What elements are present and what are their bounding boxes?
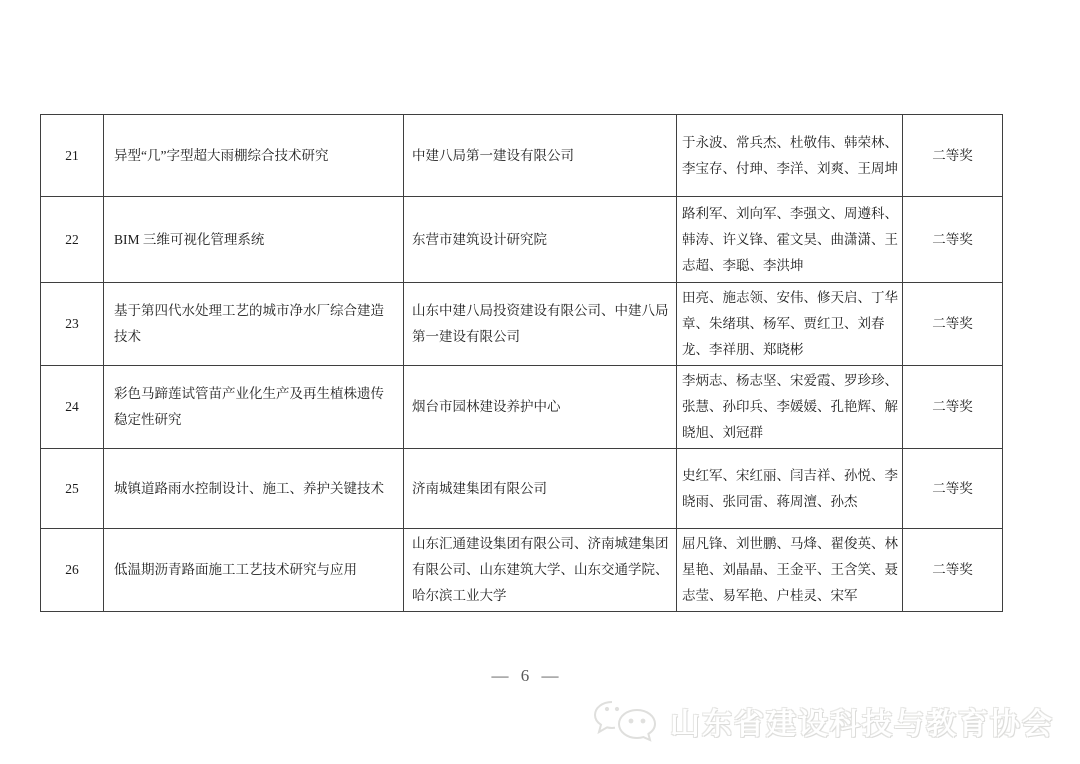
serial-cell: 22	[41, 197, 104, 283]
serial-cell: 25	[41, 449, 104, 529]
organization-cell: 中建八局第一建设有限公司	[404, 115, 677, 197]
table-row: 21 异型“几”字型超大雨棚综合技术研究 中建八局第一建设有限公司 于永波、常兵…	[41, 115, 1003, 197]
participants-cell: 田亮、施志领、安伟、修天启、丁华章、朱绪琪、杨军、贾红卫、刘春龙、李祥朋、郑晓彬	[677, 283, 903, 366]
table-row: 23 基于第四代水处理工艺的城市净水厂综合建造技术 山东中建八局投资建设有限公司…	[41, 283, 1003, 366]
wechat-icon	[590, 696, 664, 746]
organization-cell: 东营市建筑设计研究院	[404, 197, 677, 283]
participants-cell: 路利军、刘向军、李强文、周遵科、韩涛、许义锋、霍文昊、曲潇潇、王志超、李聪、李洪…	[677, 197, 903, 283]
project-title-cell: 城镇道路雨水控制设计、施工、养护关键技术	[104, 449, 404, 529]
participants-cell: 屈凡锋、刘世鹏、马烽、翟俊英、林星艳、刘晶晶、王金平、王含笑、聂志莹、易军艳、户…	[677, 529, 903, 612]
award-cell: 二等奖	[903, 197, 1003, 283]
project-title-cell: BIM 三维可视化管理系统	[104, 197, 404, 283]
table-row: 24 彩色马蹄莲试管苗产业化生产及再生植株遗传稳定性研究 烟台市园林建设养护中心…	[41, 366, 1003, 449]
organization-cell: 山东汇通建设集团有限公司、济南城建集团有限公司、山东建筑大学、山东交通学院、哈尔…	[404, 529, 677, 612]
table-row: 22 BIM 三维可视化管理系统 东营市建筑设计研究院 路利军、刘向军、李强文、…	[41, 197, 1003, 283]
table-row: 25 城镇道路雨水控制设计、施工、养护关键技术 济南城建集团有限公司 史红军、宋…	[41, 449, 1003, 529]
serial-cell: 21	[41, 115, 104, 197]
serial-cell: 24	[41, 366, 104, 449]
serial-cell: 26	[41, 529, 104, 612]
participants-cell: 李炳志、杨志坚、宋爱霞、罗珍珍、张慧、孙印兵、李媛媛、孔艳辉、解晓旭、刘冠群	[677, 366, 903, 449]
table-row: 26 低温期沥青路面施工工艺技术研究与应用 山东汇通建设集团有限公司、济南城建集…	[41, 529, 1003, 612]
award-cell: 二等奖	[903, 366, 1003, 449]
page-number: — 6 —	[0, 666, 1054, 686]
project-title-cell: 基于第四代水处理工艺的城市净水厂综合建造技术	[104, 283, 404, 366]
wechat-watermark: 山东省建设科技与教育协会	[590, 696, 1054, 746]
award-cell: 二等奖	[903, 283, 1003, 366]
organization-cell: 烟台市园林建设养护中心	[404, 366, 677, 449]
award-cell: 二等奖	[903, 115, 1003, 197]
project-title-cell: 彩色马蹄莲试管苗产业化生产及再生植株遗传稳定性研究	[104, 366, 404, 449]
document-page: 21 异型“几”字型超大雨棚综合技术研究 中建八局第一建设有限公司 于永波、常兵…	[0, 0, 1080, 764]
awards-table: 21 异型“几”字型超大雨棚综合技术研究 中建八局第一建设有限公司 于永波、常兵…	[40, 114, 1003, 612]
participants-cell: 于永波、常兵杰、杜敬伟、韩荣林、李宝存、付珅、李洋、刘爽、王周坤	[677, 115, 903, 197]
project-title-cell: 低温期沥青路面施工工艺技术研究与应用	[104, 529, 404, 612]
organization-cell: 山东中建八局投资建设有限公司、中建八局第一建设有限公司	[404, 283, 677, 366]
project-title-cell: 异型“几”字型超大雨棚综合技术研究	[104, 115, 404, 197]
participants-cell: 史红军、宋红丽、闫吉祥、孙悦、李晓雨、张同雷、蒋周澶、孙杰	[677, 449, 903, 529]
watermark-text: 山东省建设科技与教育协会	[670, 699, 1054, 743]
serial-cell: 23	[41, 283, 104, 366]
award-cell: 二等奖	[903, 449, 1003, 529]
organization-cell: 济南城建集团有限公司	[404, 449, 677, 529]
award-cell: 二等奖	[903, 529, 1003, 612]
